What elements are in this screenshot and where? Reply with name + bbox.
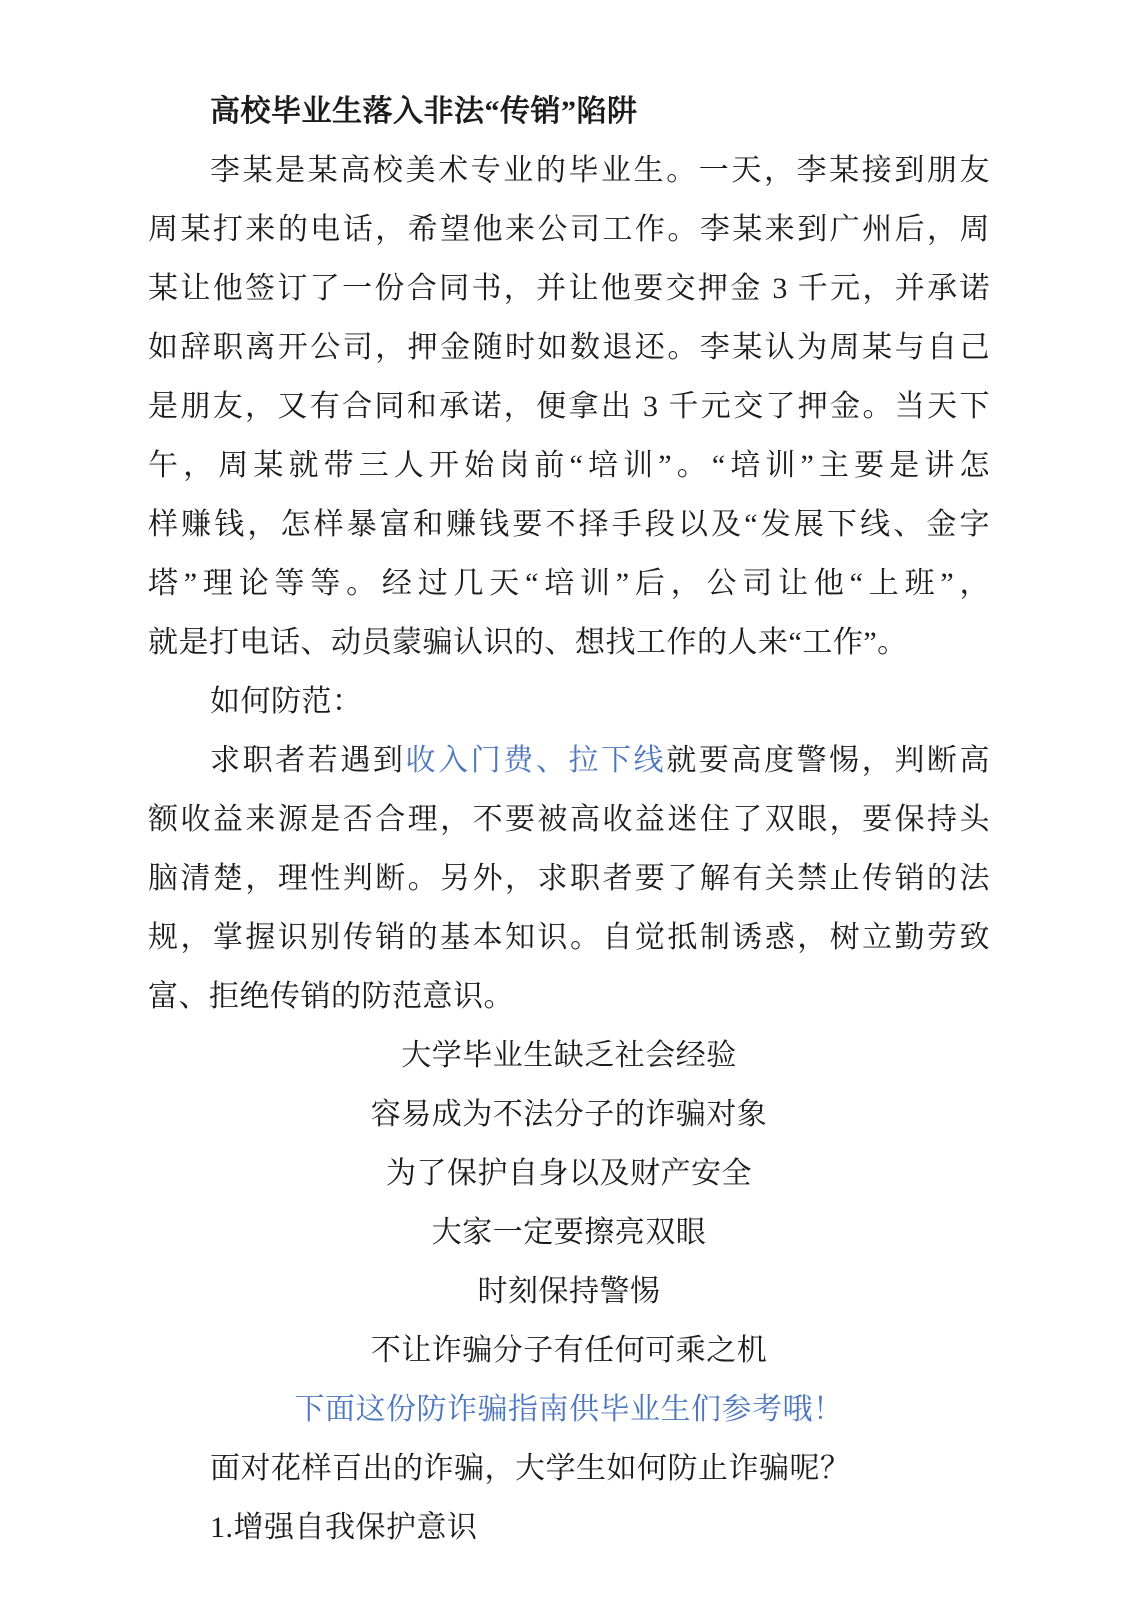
text-run: 就是打电话、动员蒙骗认识的、想找工作的人来“工作”。 — [148, 626, 908, 659]
body-line: 午，周某就带三人开始岗前“培训”。“培训”主要是讲怎 — [148, 436, 990, 495]
text-run: 时刻保持警惕 — [478, 1275, 661, 1308]
text-run: 规，掌握识别传销的基本知识。自觉抵制诱惑，树立勤劳致 — [148, 921, 990, 954]
text-run: 富、拒绝传销的防范意识。 — [148, 980, 514, 1013]
text-run: 额收益来源是否合理，不要被高收益迷住了双眼，要保持头 — [148, 803, 990, 836]
centered-line: 大家一定要擦亮双眼 — [148, 1203, 990, 1262]
text-run: 大学毕业生缺乏社会经验 — [401, 1039, 737, 1072]
text-run: 如何防范： — [210, 685, 363, 718]
body-line: 1.增强自我保护意识 — [148, 1498, 990, 1557]
body-line: 塔”理论等等。经过几天“培训”后，公司让他“上班”， — [148, 554, 990, 613]
text-run: 是朋友，又有合同和承诺，便拿出 3 千元交了押金。当天下 — [148, 390, 990, 423]
text-run: 求职者若遇到 — [210, 744, 406, 777]
highlighted-link-text[interactable]: 收入门费、拉下线 — [406, 744, 667, 777]
body-line: 脑清楚，理性判断。另外，求职者要了解有关禁止传销的法 — [148, 849, 990, 908]
centered-line: 大学毕业生缺乏社会经验 — [148, 1026, 990, 1085]
text-run: 周某打来的电话，希望他来公司工作。李某来到广州后，周 — [148, 213, 990, 246]
body-line: 面对花样百出的诈骗，大学生如何防止诈骗呢？ — [148, 1439, 990, 1498]
centered-line: 为了保护自身以及财产安全 — [148, 1144, 990, 1203]
body-line: 规，掌握识别传销的基本知识。自觉抵制诱惑，树立勤劳致 — [148, 908, 990, 967]
body-line: 某让他签订了一份合同书，并让他要交押金 3 千元，并承诺 — [148, 259, 990, 318]
heading-line: 高校毕业生落入非法“传销”陷阱 — [148, 82, 990, 141]
text-run: 午，周某就带三人开始岗前“培训”。“培训”主要是讲怎 — [148, 449, 990, 482]
text-run: 大家一定要擦亮双眼 — [432, 1216, 707, 1249]
centered-line: 下面这份防诈骗指南供毕业生们参考哦！ — [148, 1380, 990, 1439]
body-line: 富、拒绝传销的防范意识。 — [148, 967, 990, 1026]
text-run: 不让诈骗分子有任何可乘之机 — [371, 1334, 768, 1367]
text-run: 为了保护自身以及财产安全 — [386, 1157, 752, 1190]
body-line: 如何防范： — [148, 672, 990, 731]
highlighted-link-text[interactable]: 下面这份防诈骗指南供毕业生们参考哦！ — [295, 1393, 844, 1426]
text-run: 某让他签订了一份合同书，并让他要交押金 3 千元，并承诺 — [148, 272, 990, 305]
text-run: 样赚钱，怎样暴富和赚钱要不择手段以及“发展下线、金字 — [148, 508, 990, 541]
body-line: 李某是某高校美术专业的毕业生。一天，李某接到朋友 — [148, 141, 990, 200]
text-run: 面对花样百出的诈骗，大学生如何防止诈骗呢？ — [210, 1452, 851, 1485]
document-body: 高校毕业生落入非法“传销”陷阱李某是某高校美术专业的毕业生。一天，李某接到朋友周… — [148, 82, 990, 1557]
text-run: 高校毕业生落入非法“传销”陷阱 — [210, 95, 638, 128]
body-line: 周某打来的电话，希望他来公司工作。李某来到广州后，周 — [148, 200, 990, 259]
text-run: 容易成为不法分子的诈骗对象 — [371, 1098, 768, 1131]
centered-line: 时刻保持警惕 — [148, 1262, 990, 1321]
text-run: 李某是某高校美术专业的毕业生。一天，李某接到朋友 — [210, 154, 990, 187]
body-line: 额收益来源是否合理，不要被高收益迷住了双眼，要保持头 — [148, 790, 990, 849]
centered-line: 容易成为不法分子的诈骗对象 — [148, 1085, 990, 1144]
text-run: 1.增强自我保护意识 — [210, 1511, 478, 1544]
document-page: 高校毕业生落入非法“传销”陷阱李某是某高校美术专业的毕业生。一天，李某接到朋友周… — [0, 0, 1131, 1600]
text-run: 塔”理论等等。经过几天“培训”后，公司让他“上班”， — [148, 567, 990, 600]
body-line: 样赚钱，怎样暴富和赚钱要不择手段以及“发展下线、金字 — [148, 495, 990, 554]
text-run: 脑清楚，理性判断。另外，求职者要了解有关禁止传销的法 — [148, 862, 990, 895]
text-run: 如辞职离开公司，押金随时如数退还。李某认为周某与自己 — [148, 331, 990, 364]
text-run: 就要高度警惕，判断高 — [666, 744, 990, 777]
centered-line: 不让诈骗分子有任何可乘之机 — [148, 1321, 990, 1380]
body-line: 求职者若遇到收入门费、拉下线就要高度警惕，判断高 — [148, 731, 990, 790]
body-line: 如辞职离开公司，押金随时如数退还。李某认为周某与自己 — [148, 318, 990, 377]
body-line: 就是打电话、动员蒙骗认识的、想找工作的人来“工作”。 — [148, 613, 990, 672]
body-line: 是朋友，又有合同和承诺，便拿出 3 千元交了押金。当天下 — [148, 377, 990, 436]
